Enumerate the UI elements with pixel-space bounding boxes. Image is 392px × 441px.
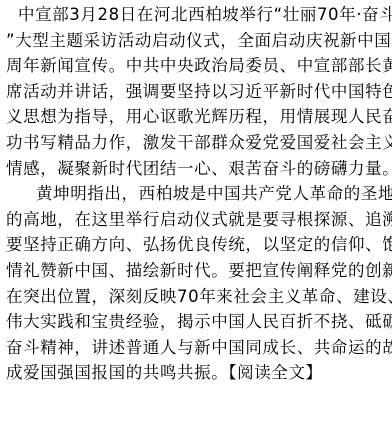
article-line-text: 成爱国强国报国的共鸣共振。 <box>6 363 228 382</box>
article-line: 功书写精品力作，激发干部群众爱党爱国爱社会主义的真挚 <box>6 130 386 156</box>
article-line: 情礼赞新中国、描绘新时代。要把宣传阐释党的创新理论摆 <box>6 258 386 284</box>
article-line: ”大型主题采访活动启动仪式，全面启动庆祝新中国成立70 <box>6 28 386 54</box>
article-line: 周年新闻宣传。中共中央政治局委员、中宣部部长黄坤明出 <box>6 53 386 79</box>
article-line: 在突出位置，深刻反映70年来社会主义革命、建设、改革的 <box>6 284 386 310</box>
article-last-line: 成爱国强国报国的共鸣共振。【阅读全文】 <box>6 360 386 386</box>
read-full-article-link[interactable]: 【阅读全文】 <box>228 363 322 382</box>
article-line: 情感，凝聚新时代团结一心、艰苦奋斗的磅礴力量。 <box>6 156 386 182</box>
article-line: 中宣部3月28日在河北西柏坡举行“壮丽70年·奋斗新时代 <box>6 2 386 28</box>
article-line: 奋斗精神，讲述普通人与新中国同成长、共命运的故事，形 <box>6 335 386 361</box>
news-article: 中宣部3月28日在河北西柏坡举行“壮丽70年·奋斗新时代 ”大型主题采访活动启动… <box>0 0 392 386</box>
article-line: 伟大实践和宝贵经验，揭示中国人民百折不挠、砥砺前行的 <box>6 309 386 335</box>
article-line: 黄坤明指出，西柏坡是中国共产党人革命的圣地、精神 <box>6 181 386 207</box>
article-line: 的高地，在这里举行启动仪式就是要寻根探源、追溯初心。 <box>6 207 386 233</box>
article-line: 席活动并讲话，强调要坚持以习近平新时代中国特色社会主 <box>6 79 386 105</box>
article-line: 要坚持正确方向、弘扬优良传统，以坚定的信仰、饱满的热 <box>6 232 386 258</box>
article-line: 义思想为指导，用心讴歌光辉历程，用情展现人民奋斗，用 <box>6 104 386 130</box>
